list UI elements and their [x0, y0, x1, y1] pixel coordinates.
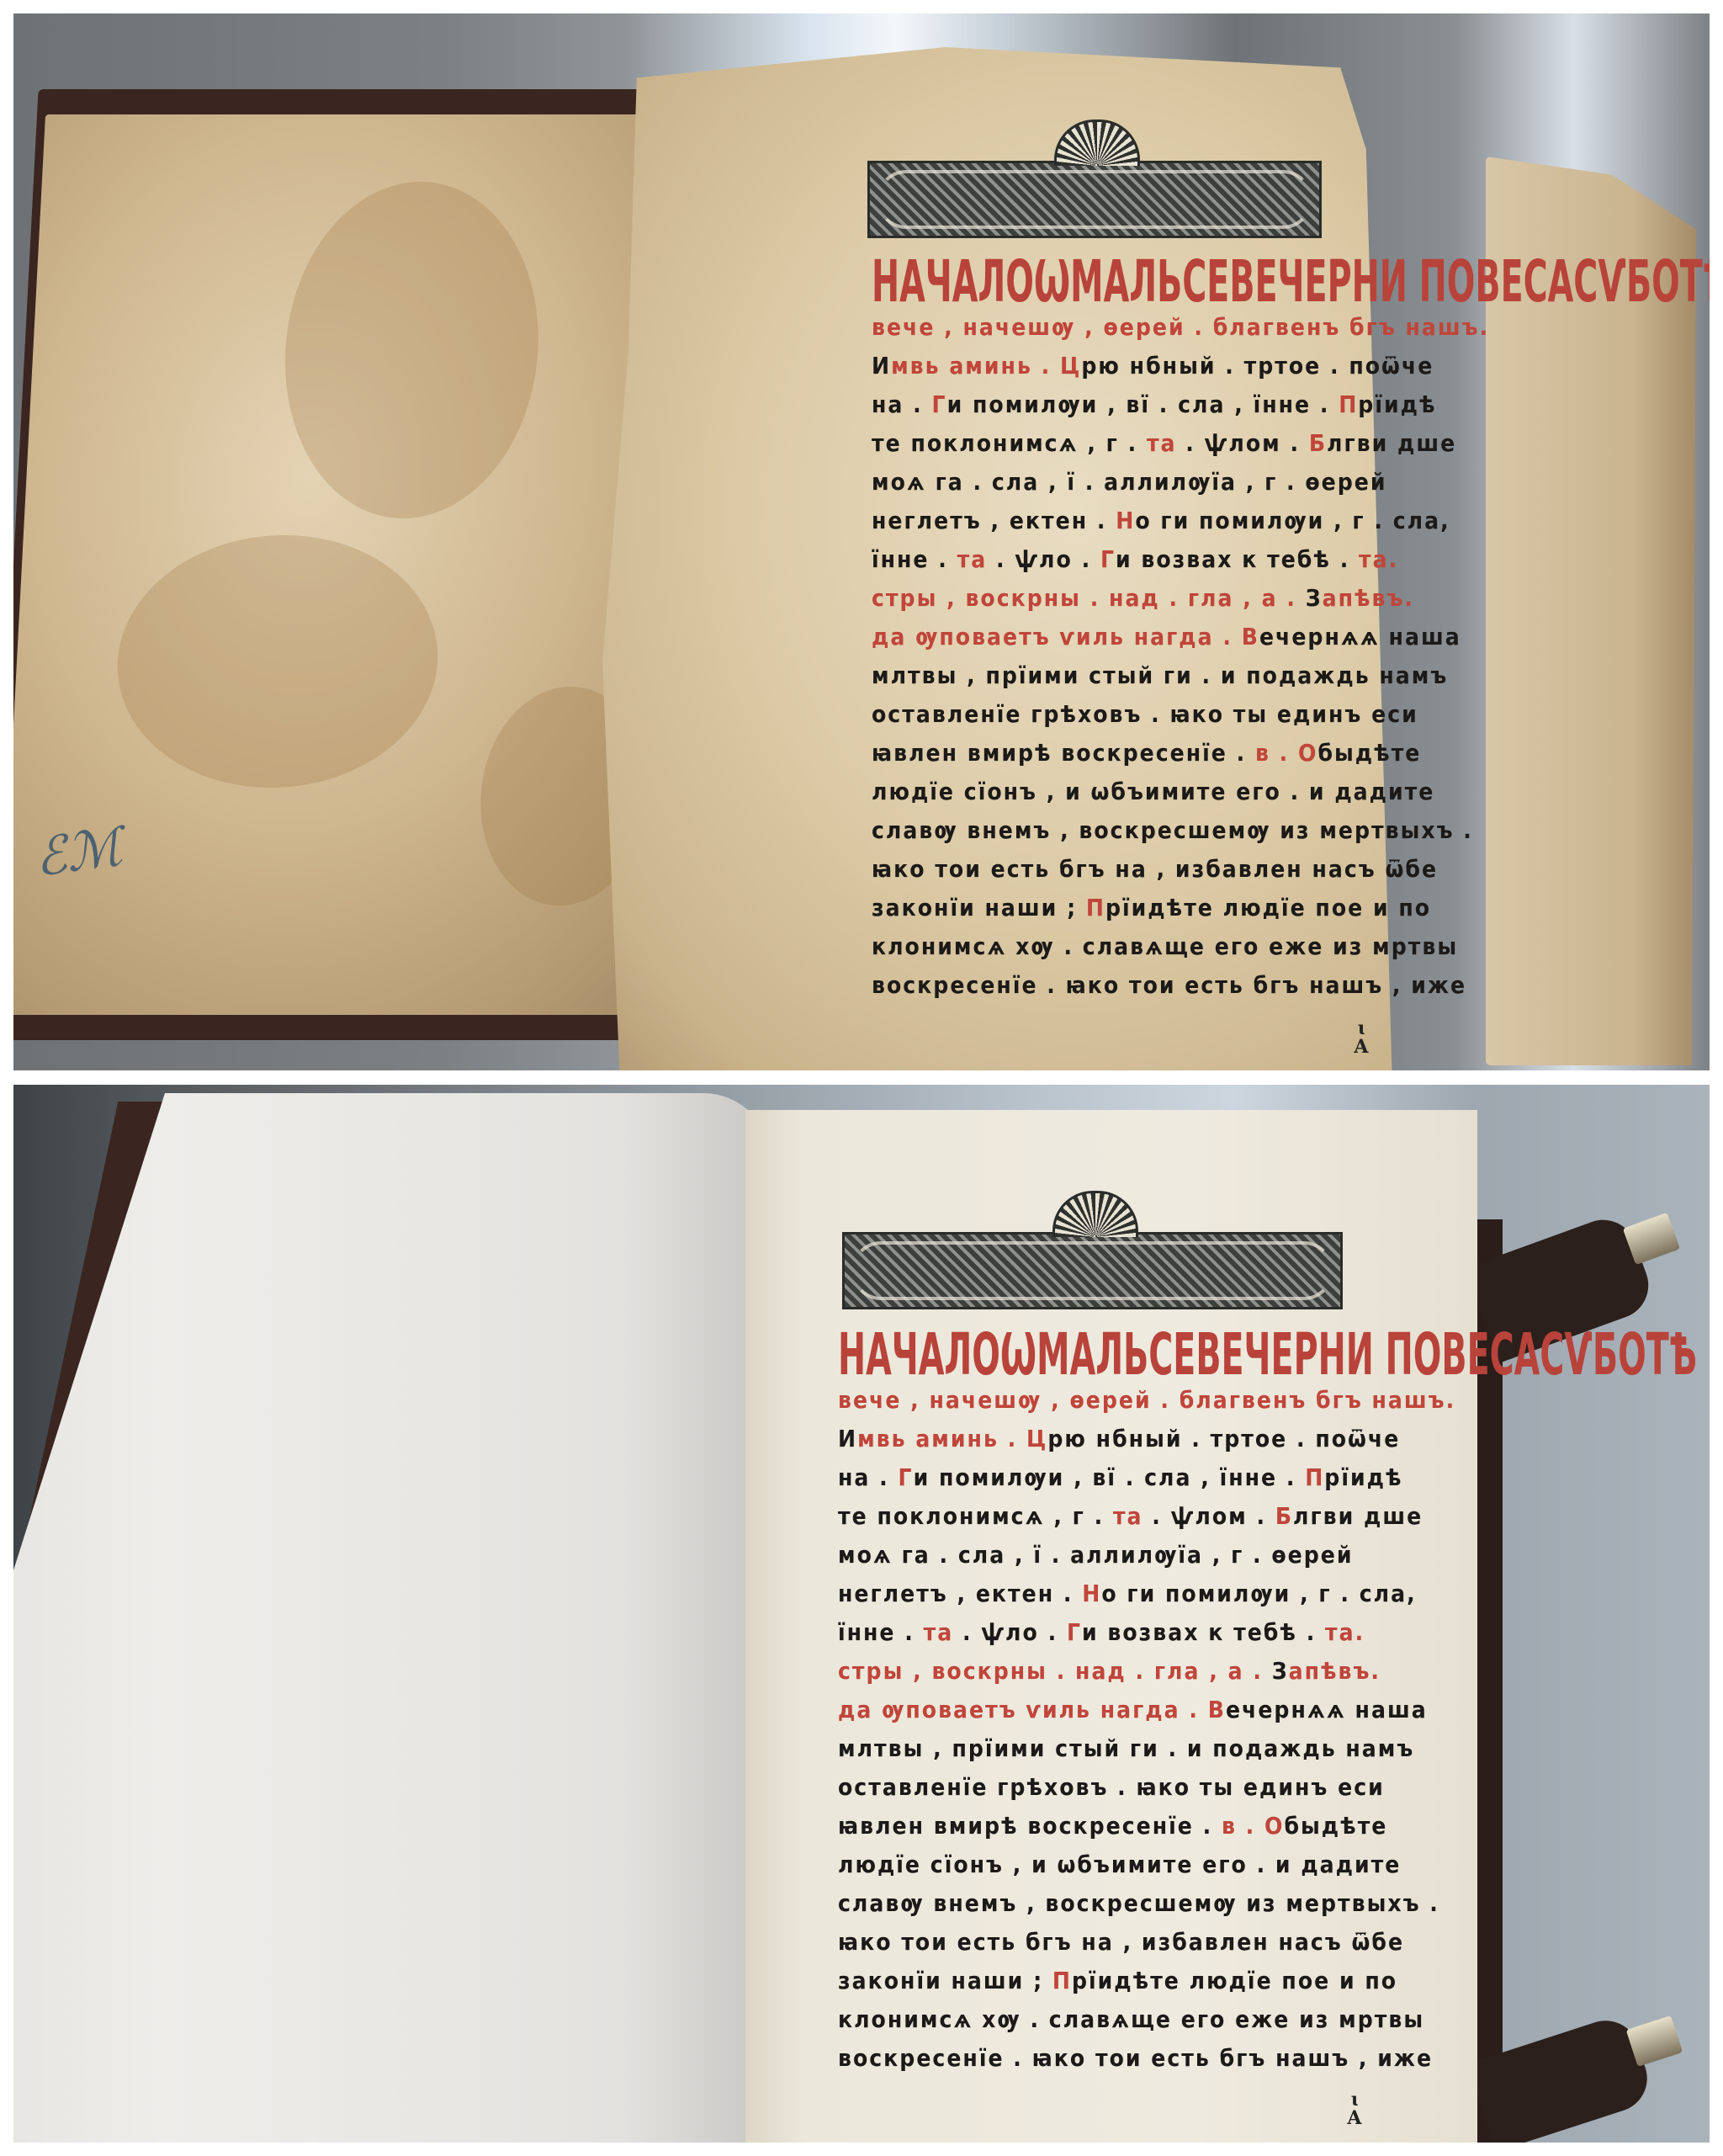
text-line: законїи наши ; Прїидѣте людїе пое и по — [872, 889, 1360, 927]
ornamental-headpiece — [867, 161, 1322, 238]
ornamental-headpiece — [842, 1232, 1343, 1309]
text-line: неглетъ , ектен . Но ги помилѹи , г . сл… — [872, 502, 1360, 540]
text-line: моѧ га . сла , ї . аллилѹїа , г . ѳерей — [872, 463, 1360, 502]
text-line: ꙗко тои есть бгъ на , избавлен насъ ѿбе — [838, 1923, 1343, 1962]
text-line: те поклонимсѧ , г . та . ѱлом . Блгви дш… — [872, 424, 1360, 463]
text-line: їнне . та . ѱло . Ги возвах к тебѣ . та. — [872, 540, 1360, 579]
folio-signature: ꙇА — [1354, 1019, 1369, 1056]
text-line: да ѹповаетъ ѵиль нагда . Вечернѧѧ наша — [872, 618, 1360, 656]
page-text-before: НАЧАЛОѠМАЛЬСЕВЕЧЕРНИ ПОВЕСАСѴБОТѢ вече ,… — [872, 249, 1360, 1005]
rubric-title: НАЧАЛОѠМАЛЬСЕВЕЧЕРНИ ПОВЕСАСѴБОТѢ — [838, 1322, 1343, 1414]
text-line: клонимсѧ хѹ . славѧще его еже из мртвы — [872, 927, 1360, 966]
text-line: людїе сїонъ , и ѡбъимите его . и дадите — [838, 1845, 1343, 1884]
text-line: неглетъ , ектен . Но ги помилѹи , г . сл… — [838, 1575, 1343, 1613]
text-line: на . Ги помилѹи , вї . сла , їнне . Прїи… — [872, 385, 1360, 424]
text-line: законїи наши ; Прїидѣте людїе пое и по — [838, 1962, 1343, 2000]
text-line: оставленїе грѣховъ . ꙗко ты единъ еси — [838, 1768, 1343, 1807]
text-line: людїе сїонъ , и ѡбъимите его . и дадите — [872, 773, 1360, 811]
text-line: да ѹповаетъ ѵиль нагда . Вечернѧѧ наша — [838, 1691, 1343, 1729]
text-line: клонимсѧ хѹ . славѧще его еже из мртвы — [838, 2000, 1343, 2039]
page-text-after: НАЧАЛОѠМАЛЬСЕВЕЧЕРНИ ПОВЕСАСѴБОТѢ вече ,… — [838, 1322, 1343, 2078]
rubric-title: НАЧАЛОѠМАЛЬСЕВЕЧЕРНИ ПОВЕСАСѴБОТѢ — [872, 249, 1360, 341]
folio-signature: ꙇА — [1347, 2090, 1362, 2127]
text-line: стры , воскрны . над . гла , а . Запѣвъ. — [838, 1652, 1343, 1691]
photo-before-restoration: ℰℳ НАЧАЛОѠМАЛЬСЕВЕЧЕРНИ ПОВЕСАСѴБОТѢ веч… — [13, 13, 1710, 1070]
text-line: славѹ внемъ , воскресшемѹ из мертвыхъ . — [838, 1884, 1343, 1923]
text-line: Имвь аминь . Црю нбный . тртое . поѿче — [838, 1420, 1343, 1458]
text-line: славѹ внемъ , воскресшемѹ из мертвыхъ . — [872, 811, 1360, 850]
text-line: ꙗвлен вмирѣ воскресенїе . в . Обыдѣте — [872, 734, 1360, 773]
text-line: млтвы , прїими стый ги . и подаждь намъ — [838, 1729, 1343, 1768]
ink-inscription: ℰℳ — [30, 815, 125, 889]
text-line: ꙗвлен вмирѣ воскресенїе . в . Обыдѣте — [838, 1807, 1343, 1845]
text-line: оставленїе грѣховъ . ꙗко ты единъ еси — [872, 695, 1360, 734]
text-line: те поклонимсѧ , г . та . ѱлом . Блгви дш… — [838, 1497, 1343, 1536]
text-lines: вече , начешѹ , ѳерей . благвенъ бгъ наш… — [838, 1381, 1343, 2078]
text-line: Имвь аминь . Црю нбный . тртое . поѿче — [872, 347, 1360, 385]
text-line: воскресенїе . ꙗко тои есть бгъ нашъ , иж… — [872, 966, 1360, 1005]
text-line: моѧ га . сла , ї . аллилѹїа , г . ѳерей — [838, 1536, 1343, 1575]
blank-flyleaf-page — [13, 1093, 771, 2143]
text-line: воскресенїе . ꙗко тои есть бгъ нашъ , иж… — [838, 2039, 1343, 2078]
photo-after-restoration: НАЧАЛОѠМАЛЬСЕВЕЧЕРНИ ПОВЕСАСѴБОТѢ вече ,… — [13, 1085, 1710, 2143]
text-line: млтвы , прїими стый ги . и подаждь намъ — [872, 656, 1360, 695]
text-line: ꙗко тои есть бгъ на , избавлен насъ ѿбе — [872, 850, 1360, 889]
text-lines: вече , начешѹ , ѳерей . благвенъ бгъ наш… — [872, 308, 1360, 1005]
text-line: їнне . та . ѱло . Ги возвах к тебѣ . та. — [838, 1613, 1343, 1652]
text-line: стры , воскрны . над . гла , а . Запѣвъ. — [872, 579, 1360, 618]
text-line: на . Ги помилѹи , вї . сла , їнне . Прїи… — [838, 1458, 1343, 1497]
